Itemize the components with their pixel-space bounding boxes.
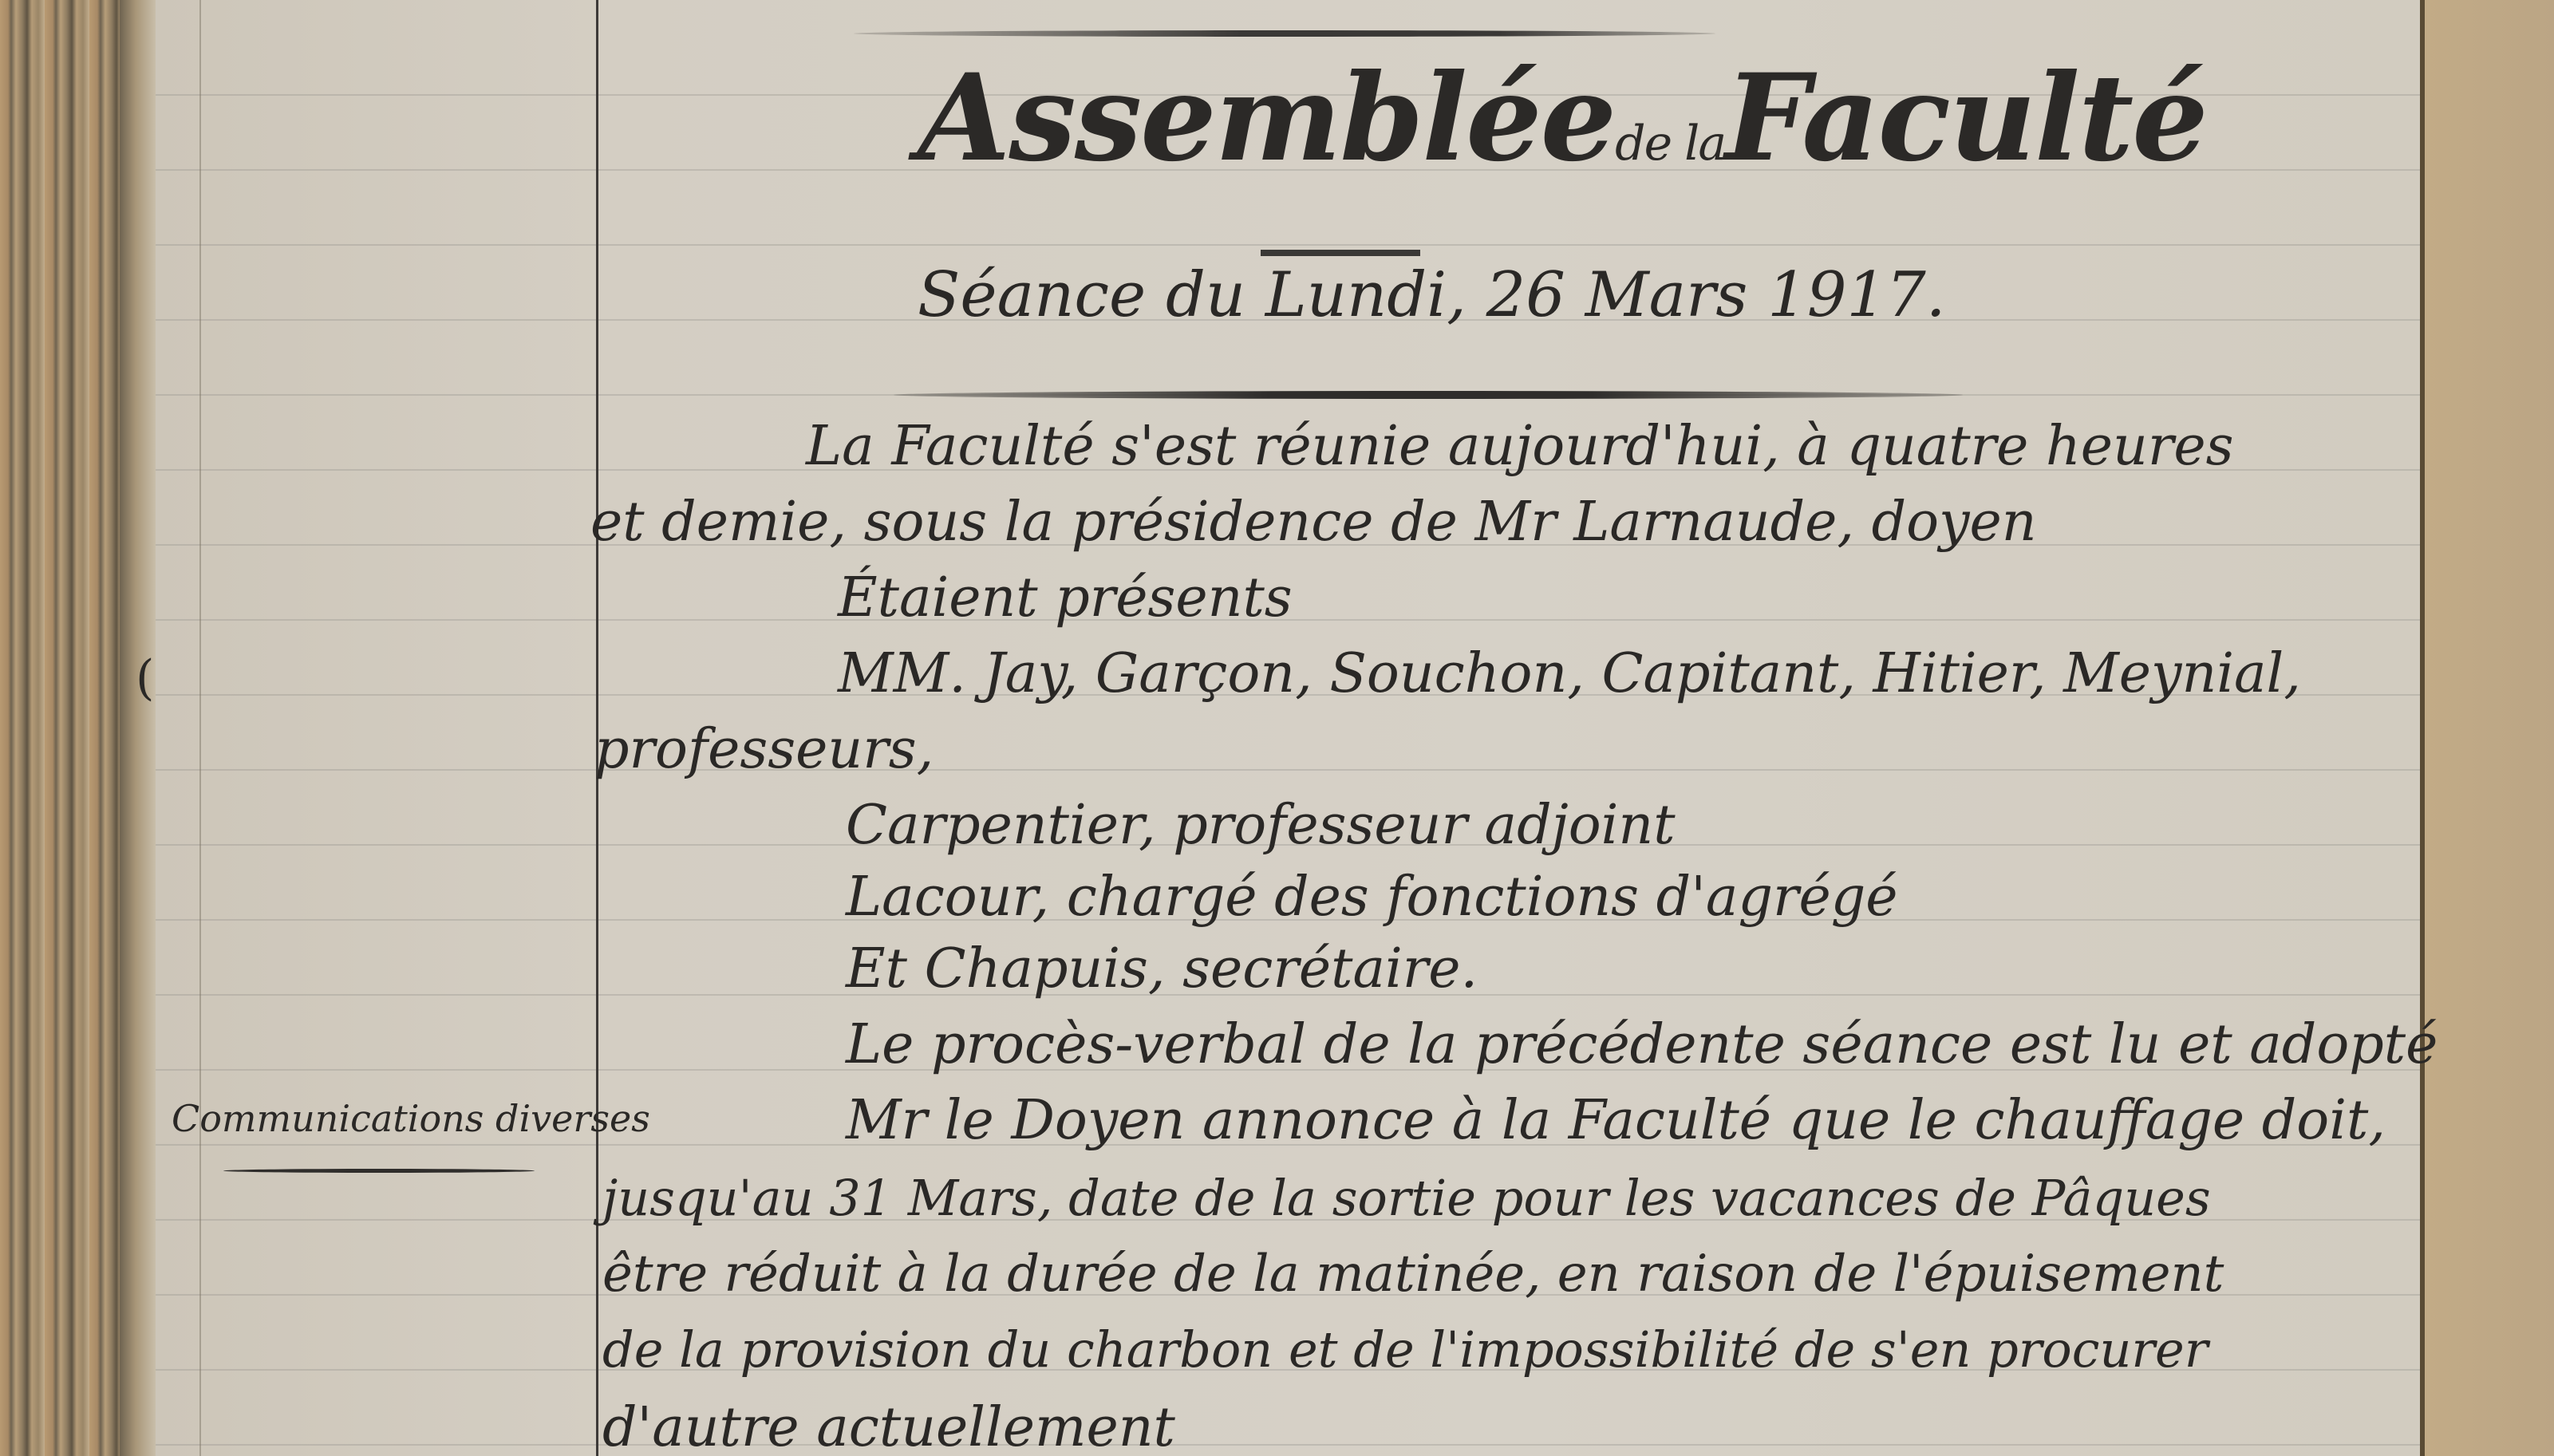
ruled-line (156, 769, 2420, 771)
margin-note: Communications diverses (172, 1097, 650, 1140)
margin-mark: ( (136, 650, 154, 706)
text-line: La Faculté s'est réunie aujourd'hui, à q… (806, 415, 2233, 478)
text-line: de la provision du charbon et de l'impos… (602, 1320, 2208, 1379)
text-line: Lacour, chargé des fonctions d'agrégé (846, 866, 1898, 929)
text-line: professeurs, (594, 718, 934, 781)
gutter-shadow (120, 0, 160, 1456)
ruled-line (156, 1444, 2420, 1446)
title-flourish-bottom (894, 391, 1963, 399)
outer-margin-rule (199, 0, 201, 1456)
text-line: d'autre actuellement (602, 1396, 1175, 1456)
title-connector: de la (1615, 116, 1725, 172)
text-line: Le procès-verbal de la précédente séance… (846, 1013, 2438, 1076)
text-line: Carpentier, professeur adjoint (846, 794, 1676, 857)
margin-note-underline (223, 1169, 535, 1173)
text-line: Et Chapuis, secrétaire. (846, 937, 1478, 1000)
subtitle-flourish (1261, 250, 1420, 256)
text-line: jusqu'au 31 Mars, date de la sortie pour… (602, 1169, 2211, 1227)
text-line: Étaient présents (838, 566, 1293, 629)
text-line: être réduit à la durée de la matinée, en… (602, 1245, 2224, 1304)
text-line: et demie, sous la présidence de Mr Larna… (590, 491, 2037, 554)
title-word-assemblee: Assemblée (918, 48, 1615, 188)
ruled-line (156, 244, 2420, 246)
text-line: MM. Jay, Garçon, Souchon, Capitant, Hiti… (838, 642, 2301, 705)
ledger-page (156, 0, 2422, 1456)
title-word-faculte: Faculté (1725, 48, 2207, 188)
text-line: Mr le Doyen annonce à la Faculté que le … (846, 1089, 2386, 1152)
page-title: Assembléede laFaculté (918, 48, 2207, 188)
session-date: Séance du Lundi, 26 Mars 1917. (918, 259, 1946, 331)
title-flourish-top (854, 30, 1715, 37)
book-backing (2425, 0, 2554, 1456)
